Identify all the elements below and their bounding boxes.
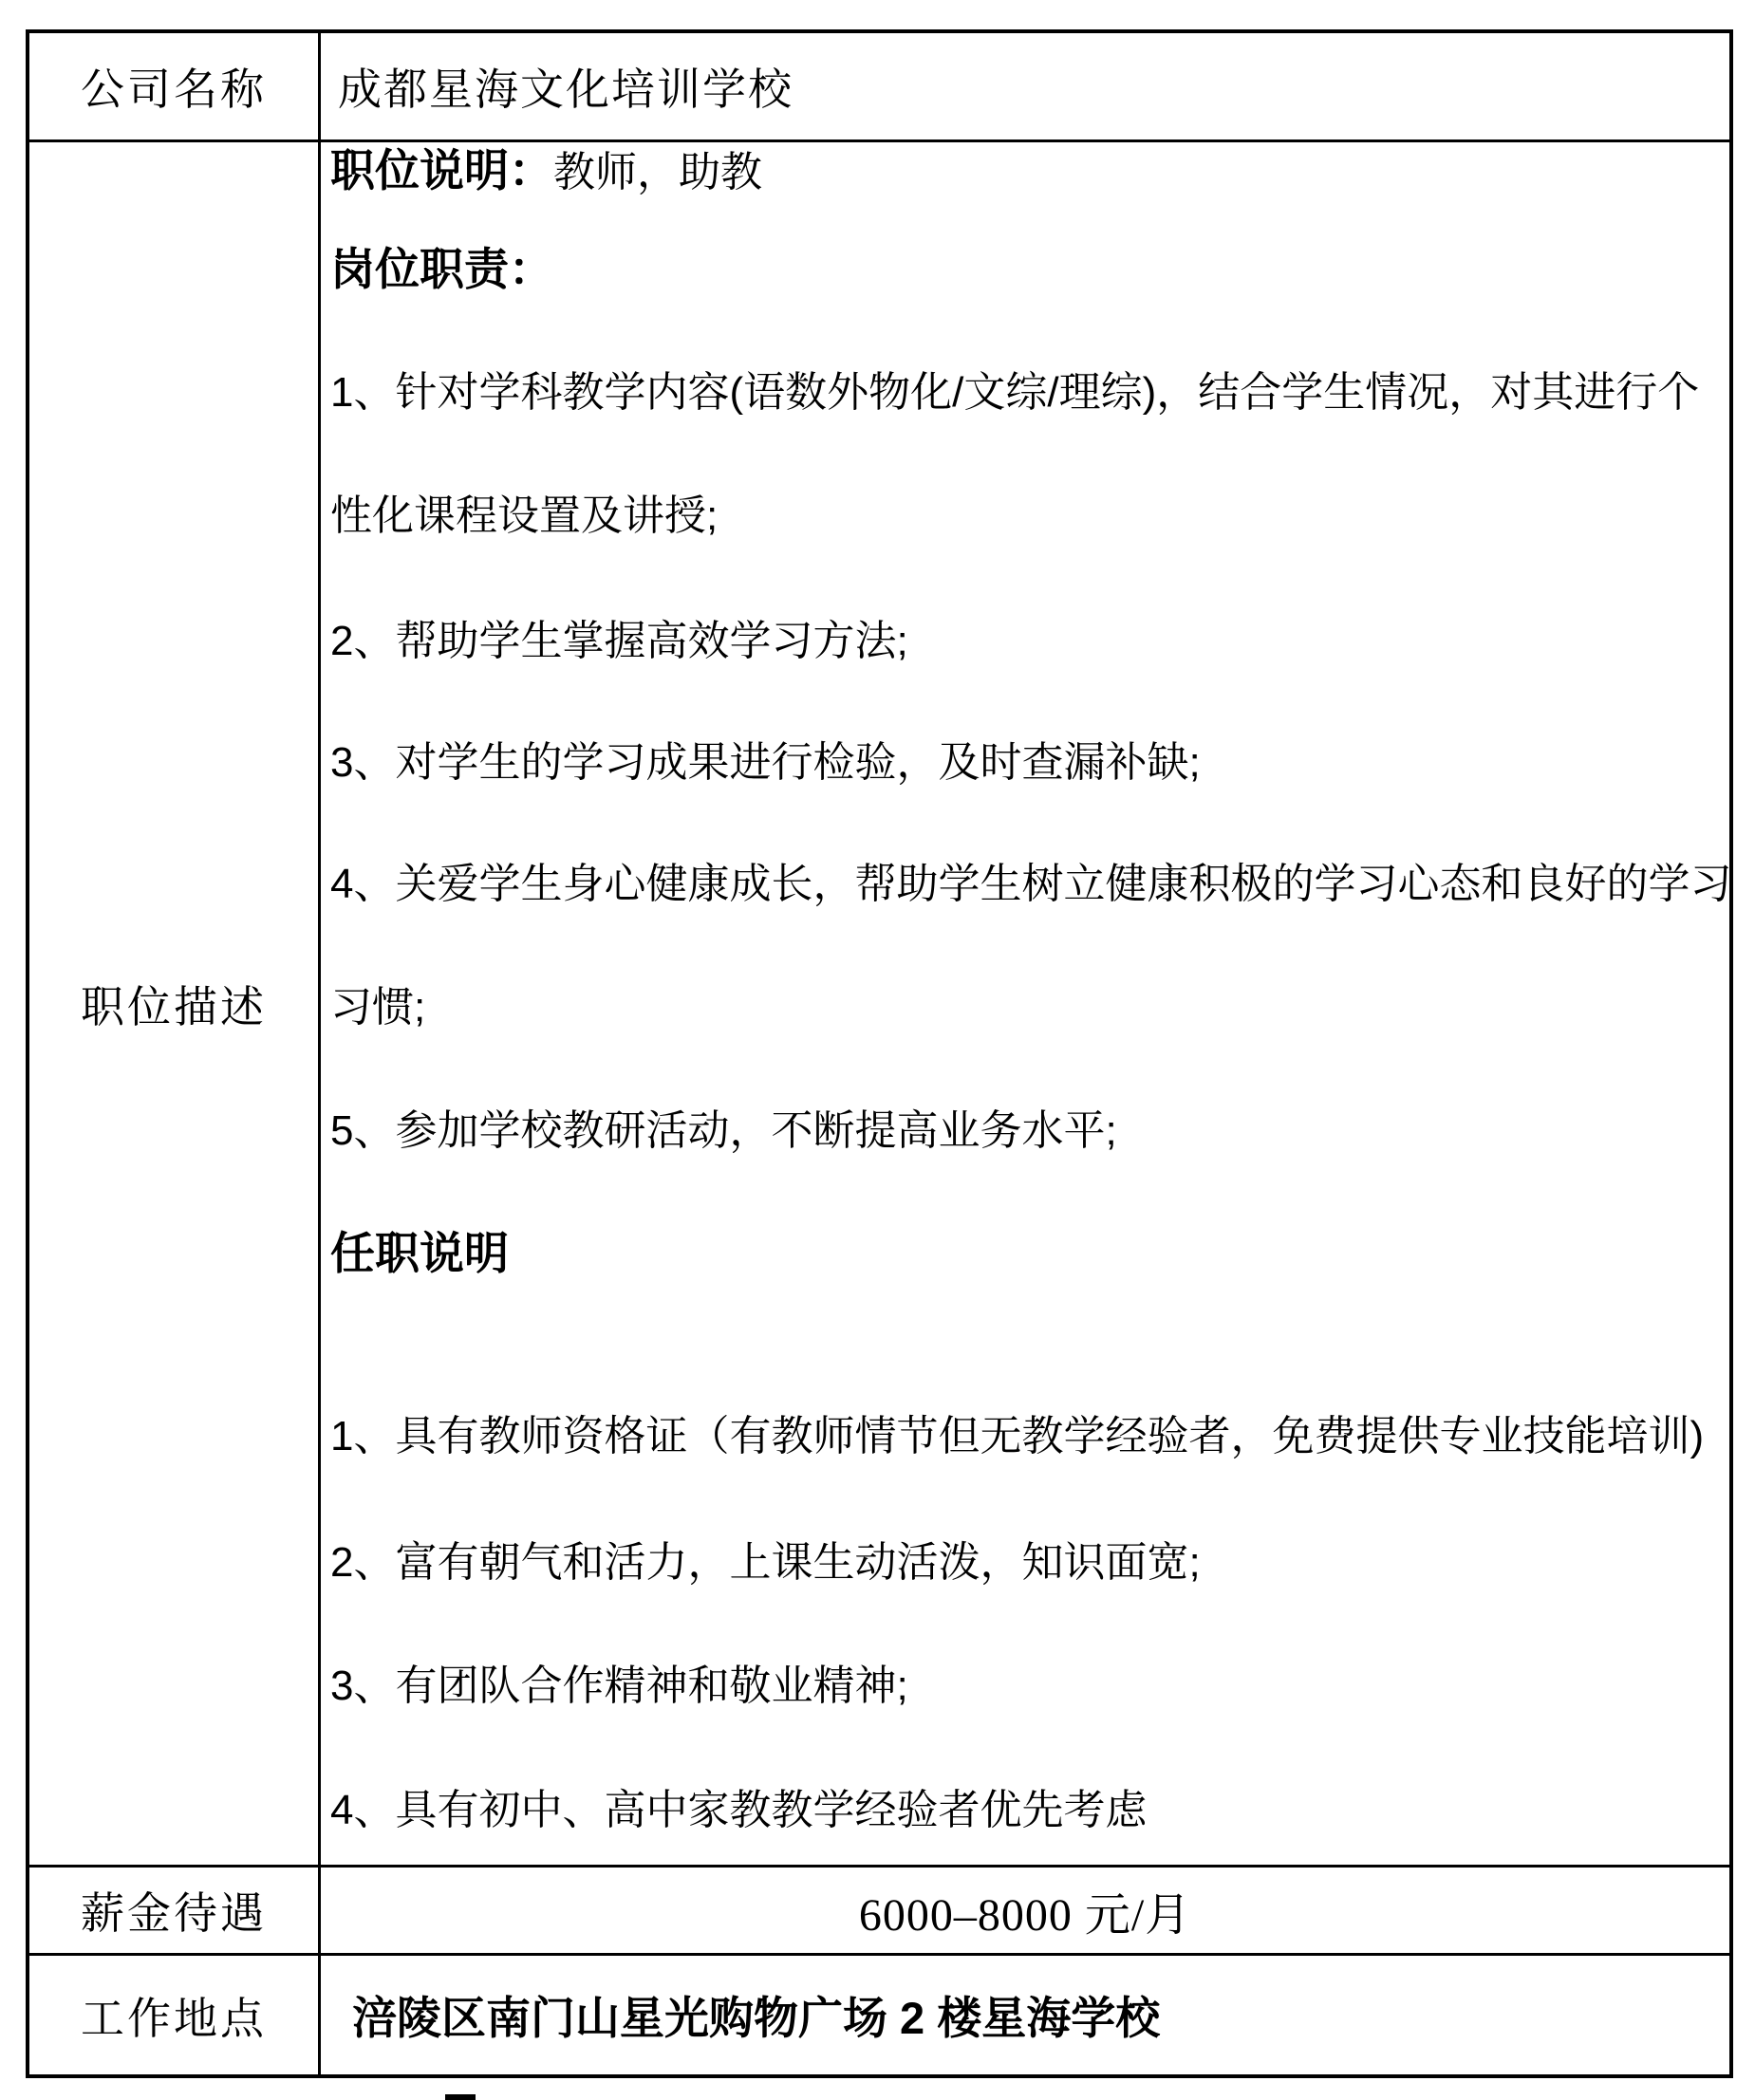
duty-line-4-cont: 习惯; bbox=[330, 982, 425, 1033]
work-location-label: 工作地点 bbox=[29, 1956, 318, 2074]
duty-line-3: 3、对学生的学习成果进行检验，及时查漏补缺; bbox=[330, 737, 1201, 789]
duty-line-4: 4、关爱学生身心健康成长，帮助学生树立健康积极的学习心态和良好的学习 bbox=[330, 859, 1731, 910]
job-posting-page: 公司名称 成都星海文化培训学校 职位描述 职位说明：教师，助教 岗位职责： 1、… bbox=[0, 0, 1755, 2100]
salary-label: 薪金待遇 bbox=[29, 1868, 318, 1953]
qualification-line-4: 4、具有初中、高中家教教学经验者优先考虑 bbox=[330, 1785, 1147, 1836]
qualification-line-3: 3、有团队合作精神和敬业精神; bbox=[330, 1661, 908, 1712]
cut-off-text-fragment bbox=[445, 2094, 476, 2100]
duty-line-1-cont: 性化课程设置及讲授; bbox=[330, 491, 718, 542]
company-name-label: 公司名称 bbox=[29, 33, 318, 139]
duty-line-2: 2、帮助学生掌握高效学习方法; bbox=[330, 616, 908, 667]
job-intro-line: 职位说明：教师，助教 bbox=[330, 145, 762, 198]
work-location-value: 涪陵区南门山星光购物广场 2 楼星海学校 bbox=[352, 1956, 1160, 2074]
job-intro-heading: 职位说明： bbox=[330, 145, 553, 195]
duties-section-heading: 岗位职责： bbox=[330, 243, 553, 296]
job-intro-value: 教师，助教 bbox=[553, 149, 762, 195]
duty-line-5: 5、参加学校教研活动，不断提高业务水平; bbox=[330, 1106, 1117, 1157]
salary-value: 6000–8000 元/月 bbox=[321, 1868, 1729, 1953]
job-description-label: 职位描述 bbox=[29, 142, 318, 1865]
duty-line-1: 1、针对学科教学内容(语数外物化/文综/理综)，结合学生情况，对其进行个 bbox=[330, 367, 1699, 418]
company-name-value: 成都星海文化培训学校 bbox=[338, 33, 793, 139]
qualification-line-2: 2、富有朝气和活力，上课生动活泼，知识面宽; bbox=[330, 1537, 1201, 1589]
job-posting-table: 公司名称 成都星海文化培训学校 职位描述 职位说明：教师，助教 岗位职责： 1、… bbox=[26, 29, 1733, 2078]
qualification-line-1: 1、具有教师资格证（有教师情节但无教学经验者，免费提供专业技能培训) bbox=[330, 1411, 1704, 1462]
qualifications-section-heading: 任职说明 bbox=[330, 1227, 509, 1280]
column-divider-line bbox=[318, 33, 321, 2074]
